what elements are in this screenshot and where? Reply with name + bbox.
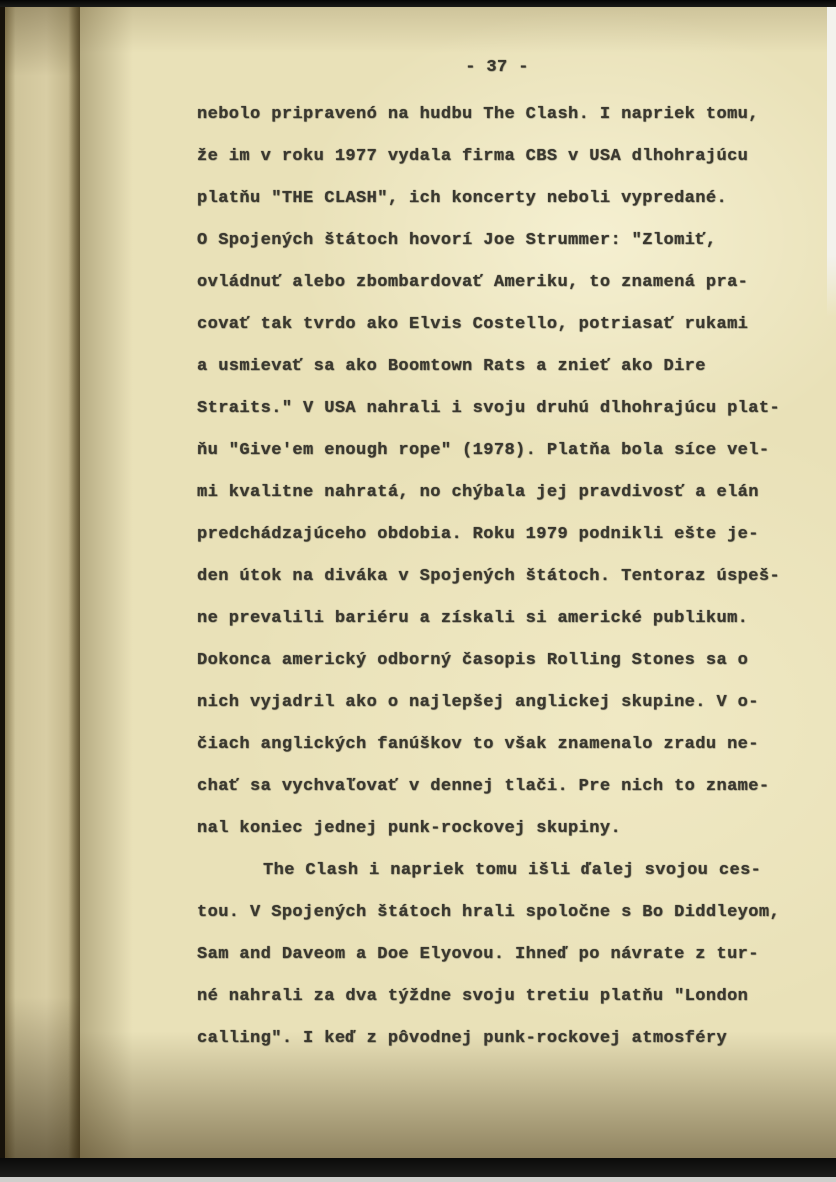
text-line: Straits." V USA nahrali i svoju druhú dl…: [197, 387, 809, 429]
text-line: nich vyjadril ako o najlepšej anglickej …: [197, 681, 809, 723]
text-line: platňu "THE CLASH", ich koncerty neboli …: [197, 177, 809, 219]
page-number: - 37 -: [197, 58, 797, 77]
text-line paragraph-start: The Clash i napriek tomu išli ďalej svoj…: [197, 849, 809, 891]
text-line: covať tak tvrdo ako Elvis Costello, potr…: [197, 303, 809, 345]
typewritten-text: nebolo pripravenó na hudbu The Clash. I …: [197, 93, 809, 1059]
text-line: ne prevalili bariéru a získali si americ…: [197, 597, 809, 639]
text-line: Sam and Daveom a Doe Elyovou. Ihneď po n…: [197, 933, 809, 975]
scanner-background: [0, 1177, 836, 1182]
book-scan-page: - 37 - nebolo pripravenó na hudbu The Cl…: [0, 0, 836, 1182]
text-line: a usmievať sa ako Boomtown Rats a znieť …: [197, 345, 809, 387]
adjacent-page-sliver: [827, 7, 836, 317]
text-line: tou. V Spojených štátoch hrali spoločne …: [197, 891, 809, 933]
text-line: ňu "Give'em enough rope" (1978). Platňa …: [197, 429, 809, 471]
text-line: Dokonca americký odborný časopis Rolling…: [197, 639, 809, 681]
text-line: nebolo pripravenó na hudbu The Clash. I …: [197, 93, 809, 135]
text-line: mi kvalitne nahratá, no chýbala jej prav…: [197, 471, 809, 513]
text-line: né nahrali za dva týždne svoju tretiu pl…: [197, 975, 809, 1017]
scan-bottom-edge: [0, 1158, 836, 1177]
text-line: že im v roku 1977 vydala firma CBS v USA…: [197, 135, 809, 177]
text-line: predchádzajúceho obdobia. Roku 1979 podn…: [197, 513, 809, 555]
text-line: nal koniec jednej punk-rockovej skupiny.: [197, 807, 809, 849]
text-line: O Spojených štátoch hovorí Joe Strummer:…: [197, 219, 809, 261]
text-line: den útok na diváka v Spojených štátoch. …: [197, 555, 809, 597]
text-line: calling". I keď z pôvodnej punk-rockovej…: [197, 1017, 809, 1059]
text-line: chať sa vychvaľovať v dennej tlači. Pre …: [197, 765, 809, 807]
text-line: ovládnuť alebo zbombardovať Ameriku, to …: [197, 261, 809, 303]
text-line: čiach anglických fanúškov to však znamen…: [197, 723, 809, 765]
scan-top-edge: [0, 0, 836, 7]
